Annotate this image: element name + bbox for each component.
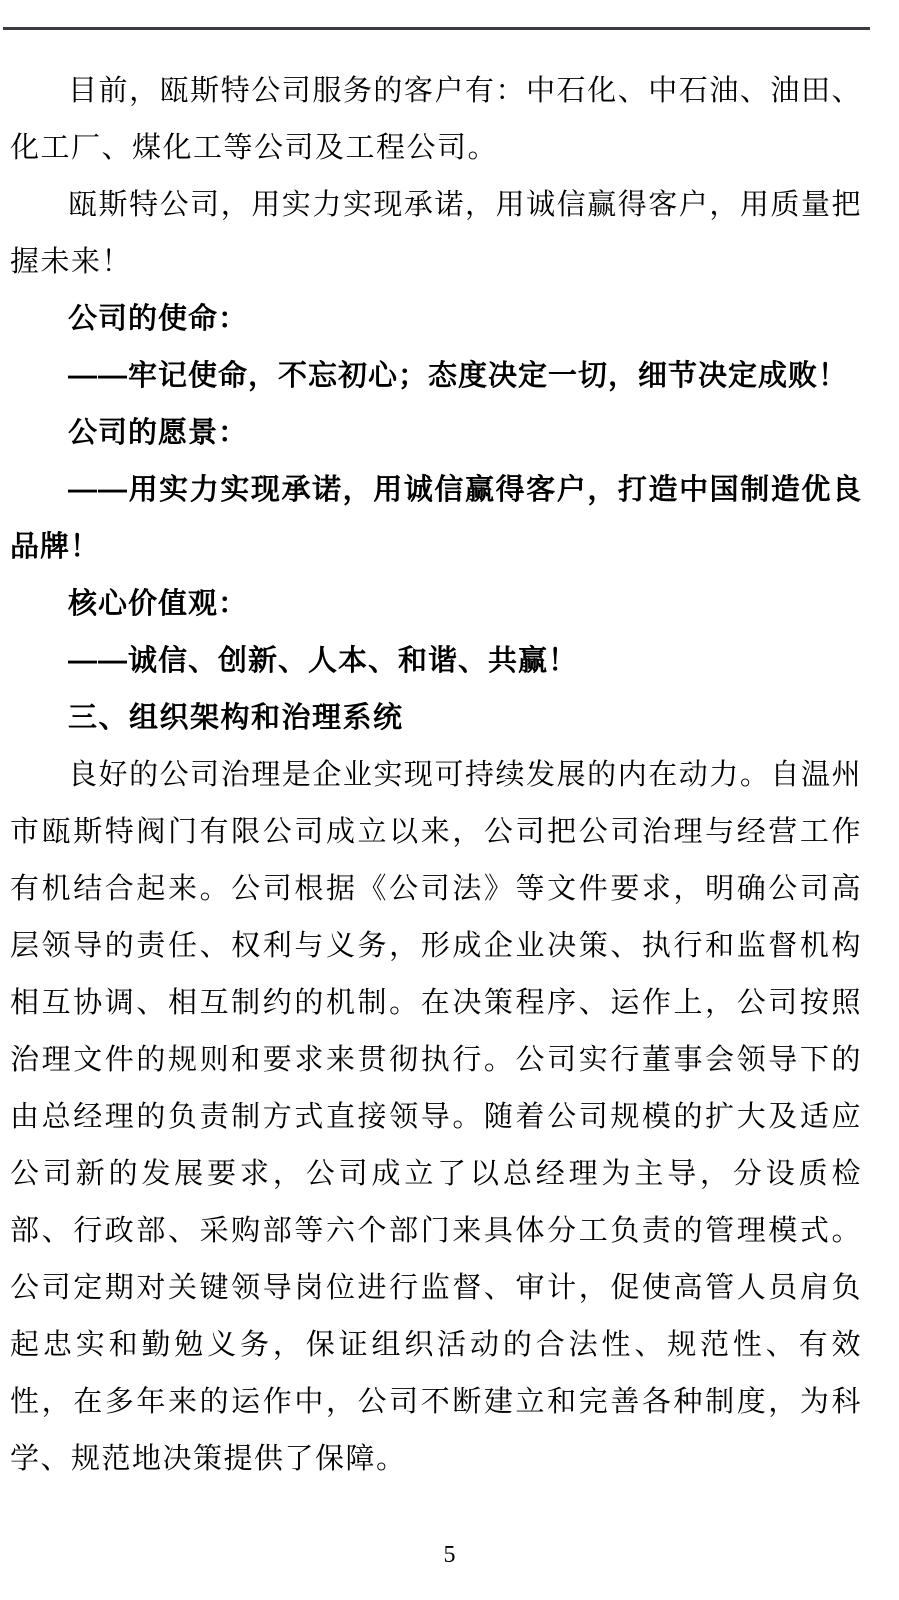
mission-label: 公司的使命：: [10, 291, 862, 348]
page-number: 5: [0, 1540, 899, 1570]
mission-statement: ——牢记使命，不忘初心；态度决定一切，细节决定成败！: [10, 348, 862, 405]
vision-statement: ——用实力实现承诺，用诚信赢得客户，打造中国制造优良品牌！: [10, 462, 862, 576]
paragraph-customers: 目前，瓯斯特公司服务的客户有：中石化、中石油、油田、化工厂、煤化工等公司及工程公…: [10, 63, 862, 177]
paragraph-promise: 瓯斯特公司，用实力实现承诺，用诚信赢得客户，用质量把握未来！: [10, 177, 862, 291]
paragraph-governance: 良好的公司治理是企业实现可持续发展的内在动力。自温州市瓯斯特阀门有限公司成立以来…: [10, 747, 862, 1488]
core-values-statement: ——诚信、创新、人本、和谐、共赢！: [10, 633, 862, 690]
vision-label: 公司的愿景：: [10, 405, 862, 462]
document-body: 目前，瓯斯特公司服务的客户有：中石化、中石油、油田、化工厂、煤化工等公司及工程公…: [10, 63, 862, 1488]
document-page: 目前，瓯斯特公司服务的客户有：中石化、中石油、油田、化工厂、煤化工等公司及工程公…: [0, 0, 899, 1600]
section-heading-governance: 三、组织架构和治理系统: [10, 690, 862, 747]
core-values-label: 核心价值观：: [10, 576, 862, 633]
header-rule: [3, 27, 870, 30]
